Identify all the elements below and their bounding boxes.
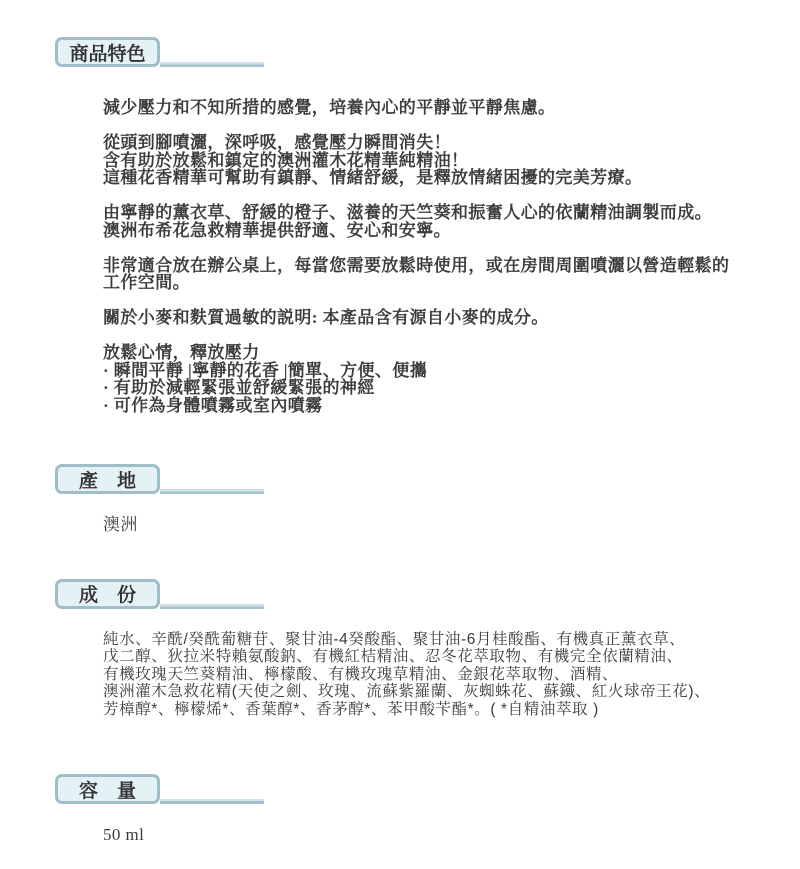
section-title: 商品特色 bbox=[69, 39, 145, 66]
text-line: 純水、辛酰/癸酰葡糖苷、聚甘油-4癸酸酯、聚甘油-6月桂酸酯、有機真正薰衣草、 bbox=[103, 631, 770, 649]
text-line: 澳洲灌木急救花精(天使之劍、玫瑰、流蘇紫羅蘭、灰蜘蛛花、蘇鐵、紅火球帝王花)、 bbox=[103, 683, 770, 701]
section-content: 純水、辛酰/癸酰葡糖苷、聚甘油-4癸酸酯、聚甘油-6月桂酸酯、有機真正薰衣草、戊… bbox=[103, 631, 770, 719]
section-title: 成 份 bbox=[79, 580, 136, 607]
section-header: 商品特色 bbox=[55, 37, 264, 67]
section-header: 容 量 bbox=[55, 774, 264, 804]
paragraph: 放鬆心情，釋放壓力· 瞬間平靜 |寧靜的花香 |簡單、方便、便攜· 有助於減輕緊… bbox=[103, 344, 770, 414]
section-title-box: 商品特色 bbox=[55, 37, 160, 67]
paragraph: 減少壓力和不知所措的感覺，培養內心的平靜並平靜焦慮。 bbox=[103, 99, 770, 117]
text-line: 由寧靜的薰衣草、舒緩的橙子、滋養的天竺葵和振奮人心的依蘭精油調製而成。 bbox=[103, 204, 770, 222]
sections-container: 商品特色 減少壓力和不知所措的感覺，培養內心的平靜並平靜焦慮。從頭到腳噴灑，深呼… bbox=[0, 37, 800, 844]
text-line: · 瞬間平靜 |寧靜的花香 |簡單、方便、便攜 bbox=[103, 362, 770, 380]
section-content: 減少壓力和不知所措的感覺，培養內心的平靜並平靜焦慮。從頭到腳噴灑，深呼吸，感覺壓… bbox=[103, 99, 770, 414]
text-line: 從頭到腳噴灑，深呼吸，感覺壓力瞬間消失！ bbox=[103, 134, 770, 152]
section-title-box: 成 份 bbox=[55, 579, 160, 609]
text-line: 50 ml bbox=[103, 826, 770, 844]
section-title-underline bbox=[160, 604, 264, 609]
paragraph: 澳洲 bbox=[103, 516, 770, 534]
text-line: 澳洲 bbox=[103, 516, 770, 534]
section-header: 產 地 bbox=[55, 464, 264, 494]
text-line: · 有助於減輕緊張並舒緩緊張的神經 bbox=[103, 379, 770, 397]
product-detail-page: 商品特色 減少壓力和不知所措的感覺，培養內心的平靜並平靜焦慮。從頭到腳噴灑，深呼… bbox=[0, 0, 800, 869]
section-title-underline bbox=[160, 799, 264, 804]
section-title: 容 量 bbox=[79, 776, 136, 803]
text-line: 澳洲布希花急救精華提供舒適、安心和安寧。 bbox=[103, 222, 770, 240]
text-line: 戊二醇、狄拉米特賴氨酸鈉、有機紅桔精油、忍冬花萃取物、有機完全依蘭精油、 bbox=[103, 648, 770, 666]
paragraph: 由寧靜的薰衣草、舒緩的橙子、滋養的天竺葵和振奮人心的依蘭精油調製而成。澳洲布希花… bbox=[103, 204, 770, 239]
section-ingredients: 成 份 純水、辛酰/癸酰葡糖苷、聚甘油-4癸酸酯、聚甘油-6月桂酸酯、有機真正薰… bbox=[55, 579, 800, 719]
paragraph: 關於小麥和麩質過敏的説明: 本產品含有源自小麥的成分。 bbox=[103, 309, 770, 327]
text-line: 這種花香精華可幫助有鎮靜、情緒舒緩，是釋放情緒困擾的完美芳療。 bbox=[103, 169, 770, 187]
text-line: 工作空間。 bbox=[103, 274, 770, 292]
text-line: 含有助於放鬆和鎮定的澳洲灌木花精華純精油！ bbox=[103, 152, 770, 170]
section-features: 商品特色 減少壓力和不知所措的感覺，培養內心的平靜並平靜焦慮。從頭到腳噴灑，深呼… bbox=[55, 37, 800, 414]
text-line: 放鬆心情，釋放壓力 bbox=[103, 344, 770, 362]
section-title-underline bbox=[160, 489, 264, 494]
text-line: 減少壓力和不知所措的感覺，培養內心的平靜並平靜焦慮。 bbox=[103, 99, 770, 117]
section-title-underline bbox=[160, 62, 264, 67]
section-content: 50 ml bbox=[103, 826, 770, 844]
section-title: 產 地 bbox=[79, 466, 136, 493]
paragraph: 純水、辛酰/癸酰葡糖苷、聚甘油-4癸酸酯、聚甘油-6月桂酸酯、有機真正薰衣草、戊… bbox=[103, 631, 770, 719]
text-line: 芳樟醇*、檸檬烯*、香葉醇*、香茅醇*、苯甲酸苄酯*。( *自精油萃取 ) bbox=[103, 701, 770, 719]
section-header: 成 份 bbox=[55, 579, 264, 609]
section-volume: 容 量 50 ml bbox=[55, 774, 800, 844]
section-content: 澳洲 bbox=[103, 516, 770, 534]
text-line: 非常適合放在辦公桌上，每當您需要放鬆時使用，或在房間周圍噴灑以營造輕鬆的 bbox=[103, 257, 770, 275]
paragraph: 從頭到腳噴灑，深呼吸，感覺壓力瞬間消失！含有助於放鬆和鎮定的澳洲灌木花精華純精油… bbox=[103, 134, 770, 187]
section-origin: 產 地 澳洲 bbox=[55, 464, 800, 534]
text-line: · 可作為身體噴霧或室內噴霧 bbox=[103, 397, 770, 415]
paragraph: 非常適合放在辦公桌上，每當您需要放鬆時使用，或在房間周圍噴灑以營造輕鬆的工作空間… bbox=[103, 257, 770, 292]
section-title-box: 容 量 bbox=[55, 774, 160, 804]
text-line: 有機玫瑰天竺葵精油、檸檬酸、有機玫瑰草精油、金銀花萃取物、酒精、 bbox=[103, 666, 770, 684]
text-line: 關於小麥和麩質過敏的説明: 本產品含有源自小麥的成分。 bbox=[103, 309, 770, 327]
section-title-box: 產 地 bbox=[55, 464, 160, 494]
paragraph: 50 ml bbox=[103, 826, 770, 844]
